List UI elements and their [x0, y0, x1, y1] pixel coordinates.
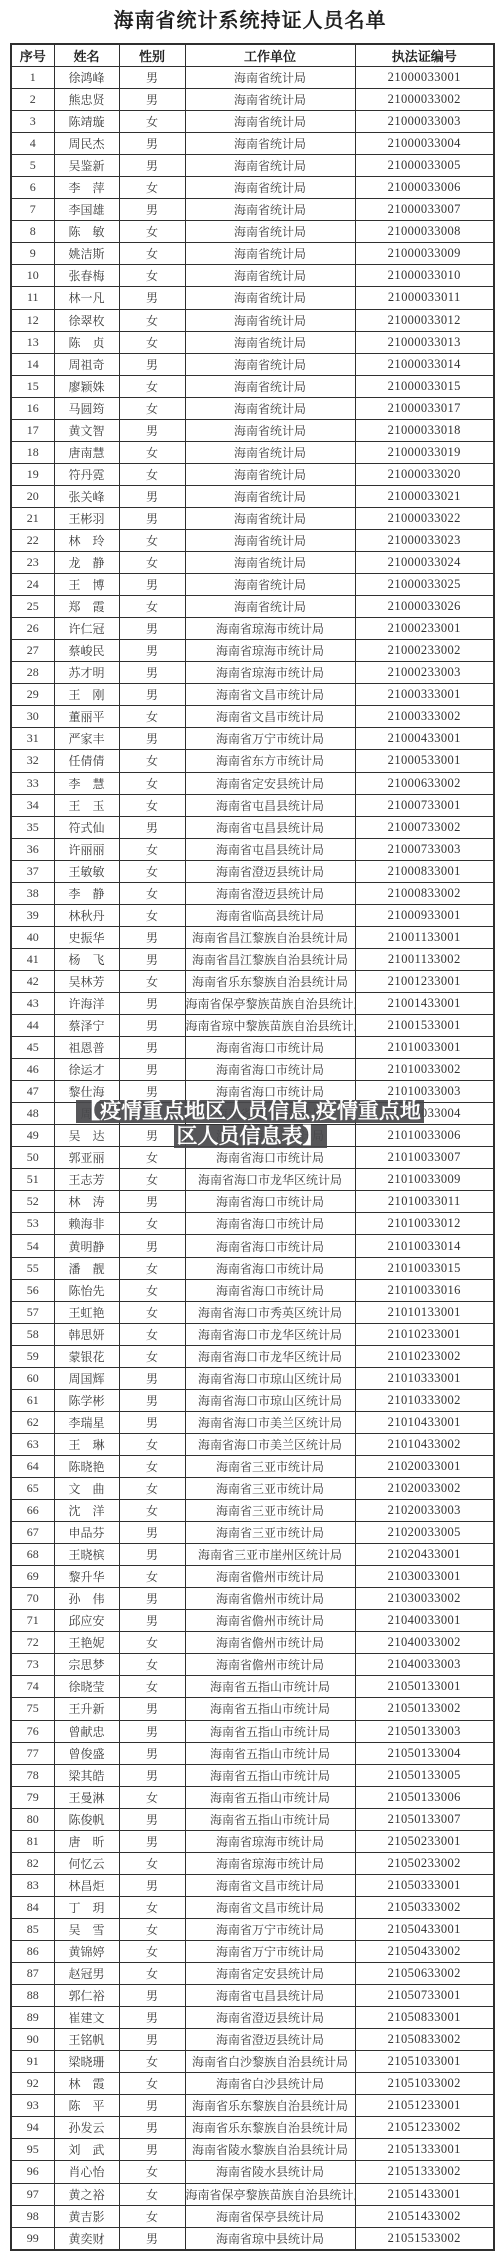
index-cell: 97: [11, 2183, 54, 2205]
name-cell: 符丹霓: [54, 463, 119, 485]
table-row: 6李 萍女海南省统计局21000033006: [11, 177, 494, 199]
gender-cell: 男: [119, 1522, 185, 1544]
index-cell: 49: [11, 1125, 54, 1147]
index-cell: 70: [11, 1588, 54, 1610]
table-row: 73宗思梦女海南省儋州市统计局21040033003: [11, 1654, 494, 1676]
index-cell: 38: [11, 882, 54, 904]
gender-cell: 女: [119, 1279, 185, 1301]
gender-cell: 女: [119, 375, 185, 397]
work-unit-cell: 海南省乐东黎族自治县统计局: [185, 970, 355, 992]
gender-cell: 男: [119, 1389, 185, 1411]
cert-no-cell: 21050133007: [355, 1808, 494, 1830]
work-unit-cell: 海南省海口市统计局: [185, 1103, 355, 1125]
name-cell: 任倩倩: [54, 750, 119, 772]
name-cell: 周国辉: [54, 1367, 119, 1389]
name-cell: 徐翠枚: [54, 309, 119, 331]
gender-cell: 男: [119, 353, 185, 375]
table-row: 51王志芳女海南省海口市龙华区统计局21010033009: [11, 1169, 494, 1191]
table-row: 87赵冠男女海南省定安县统计局21050633002: [11, 1963, 494, 1985]
work-unit-cell: 海南省统计局: [185, 133, 355, 155]
name-cell: 李瑞星: [54, 1411, 119, 1433]
name-cell: 周祖奇: [54, 353, 119, 375]
name-cell: 王晓槟: [54, 1544, 119, 1566]
table-row: 2熊忠贤男海南省统计局21000033002: [11, 89, 494, 111]
work-unit-cell: 海南省保亭黎族苗族自治县统计局: [185, 2183, 355, 2205]
work-unit-cell: 海南省海口市统计局: [185, 1125, 355, 1147]
table-row: 83林昌炬男海南省文昌市统计局21050333001: [11, 1874, 494, 1896]
table-row: 45祖恩普男海南省海口市统计局21010033001: [11, 1037, 494, 1059]
table-row: 17黄文智男海南省统计局21000033018: [11, 419, 494, 441]
gender-cell: 女: [119, 1169, 185, 1191]
work-unit-cell: 海南省统计局: [185, 199, 355, 221]
index-cell: 75: [11, 1698, 54, 1720]
work-unit-cell: 海南省琼中黎族苗族自治县统计局: [185, 1015, 355, 1037]
work-unit-cell: 海南省定安县统计局: [185, 1963, 355, 1985]
name-cell: 张关峰: [54, 485, 119, 507]
table-row: 61陈学彬男海南省海口市琼山区统计局21010333002: [11, 1389, 494, 1411]
name-cell: 林昌炬: [54, 1874, 119, 1896]
index-cell: 58: [11, 1323, 54, 1345]
index-cell: 59: [11, 1345, 54, 1367]
index-cell: 45: [11, 1037, 54, 1059]
table-row: 80陈俊帆男海南省五指山市统计局21050133007: [11, 1808, 494, 1830]
table-row: 4周民杰男海南省统计局21000033004: [11, 133, 494, 155]
name-cell: 许仁冠: [54, 618, 119, 640]
gender-cell: 男: [119, 948, 185, 970]
cert-no-cell: 21010033012: [355, 1213, 494, 1235]
cert-no-cell: 21051033002: [355, 2073, 494, 2095]
index-cell: 35: [11, 816, 54, 838]
name-cell: 吴 达: [54, 1125, 119, 1147]
index-cell: 25: [11, 596, 54, 618]
index-cell: 28: [11, 662, 54, 684]
table-row: 44蔡泽宁男海南省琼中黎族苗族自治县统计局21001533001: [11, 1015, 494, 1037]
table-row: 37王敏敏女海南省澄迈县统计局21000833001: [11, 860, 494, 882]
work-unit-cell: 海南省海口市统计局: [185, 1191, 355, 1213]
gender-cell: 男: [119, 1235, 185, 1257]
table-row: 84丁 玥女海南省文昌市统计局21050333002: [11, 1896, 494, 1918]
cert-no-cell: 21000033019: [355, 441, 494, 463]
index-cell: 64: [11, 1455, 54, 1477]
index-cell: 42: [11, 970, 54, 992]
cert-no-cell: 21050133002: [355, 1698, 494, 1720]
index-cell: 43: [11, 992, 54, 1014]
table-row: 57王虹艳女海南省海口市秀英区统计局21010133001: [11, 1301, 494, 1323]
cert-no-cell: 21000033002: [355, 89, 494, 111]
cert-no-cell: 21000633002: [355, 772, 494, 794]
table-row: 85吴 雪女海南省万宁市统计局21050433001: [11, 1918, 494, 1940]
name-cell: 王 刚: [54, 684, 119, 706]
work-unit-cell: 海南省琼海市统计局: [185, 618, 355, 640]
table-row: 32任倩倩女海南省东方市统计局21000533001: [11, 750, 494, 772]
index-cell: 55: [11, 1257, 54, 1279]
gender-cell: 男: [119, 728, 185, 750]
cert-no-cell: 21051433001: [355, 2183, 494, 2205]
cert-no-cell: 21000033024: [355, 552, 494, 574]
cert-no-cell: 21010033009: [355, 1169, 494, 1191]
gender-cell: 男: [119, 287, 185, 309]
cert-no-cell: 21050133006: [355, 1786, 494, 1808]
cert-no-cell: 21000033025: [355, 574, 494, 596]
table-row: 99黄奕财男海南省琼中县统计局21051533002: [11, 2227, 494, 2250]
index-cell: 89: [11, 2007, 54, 2029]
gender-cell: 男: [119, 2139, 185, 2161]
cert-no-cell: 21050833001: [355, 2007, 494, 2029]
gender-cell: 男: [119, 1015, 185, 1037]
index-cell: 87: [11, 1963, 54, 1985]
work-unit-cell: 海南省统计局: [185, 463, 355, 485]
name-cell: 陈靖璇: [54, 111, 119, 133]
name-cell: 许丽丽: [54, 838, 119, 860]
gender-cell: 女: [119, 904, 185, 926]
index-cell: 18: [11, 441, 54, 463]
cert-no-cell: 21040033003: [355, 1654, 494, 1676]
gender-cell: 女: [119, 221, 185, 243]
name-cell: 唐 昕: [54, 1830, 119, 1852]
cert-no-cell: 21050733001: [355, 1985, 494, 2007]
table-row: 33李 慧女海南省定安县统计局21000633002: [11, 772, 494, 794]
header-work-unit: 工作单位: [185, 44, 355, 67]
name-cell: 徐晓莹: [54, 1676, 119, 1698]
index-cell: 68: [11, 1544, 54, 1566]
table-row: 48周海南省海口市统计局21010033004: [11, 1103, 494, 1125]
work-unit-cell: 海南省统计局: [185, 552, 355, 574]
cert-no-cell: 21010033011: [355, 1191, 494, 1213]
name-cell: 黎仕海: [54, 1081, 119, 1103]
gender-cell: 女: [119, 882, 185, 904]
gender-cell: 女: [119, 111, 185, 133]
index-cell: 13: [11, 331, 54, 353]
table-row: 21王彬羽男海南省统计局21000033022: [11, 507, 494, 529]
work-unit-cell: 海南省陵水黎族自治县统计局: [185, 2139, 355, 2161]
gender-cell: 女: [119, 2183, 185, 2205]
name-cell: 曾俊盛: [54, 1742, 119, 1764]
name-cell: 李 萍: [54, 177, 119, 199]
cert-no-cell: 21050133003: [355, 1720, 494, 1742]
name-cell: 陈怡先: [54, 1279, 119, 1301]
name-cell: 王 博: [54, 574, 119, 596]
header-gender: 性别: [119, 44, 185, 67]
gender-cell: 女: [119, 1455, 185, 1477]
cert-no-cell: 21000733003: [355, 838, 494, 860]
name-cell: 丁 玥: [54, 1896, 119, 1918]
table-row: 98黄吉影女海南省保亭县统计局21051433002: [11, 2205, 494, 2227]
index-cell: 74: [11, 1676, 54, 1698]
name-cell: 孙 伟: [54, 1588, 119, 1610]
cert-no-cell: 21020033005: [355, 1522, 494, 1544]
work-unit-cell: 海南省统计局: [185, 375, 355, 397]
name-cell: 郭仁裕: [54, 1985, 119, 2007]
name-cell: 林秋丹: [54, 904, 119, 926]
gender-cell: 女: [119, 2073, 185, 2095]
table-row: 92林 霞女海南省白沙县统计局21051033002: [11, 2073, 494, 2095]
name-cell: 林 涛: [54, 1191, 119, 1213]
index-cell: 62: [11, 1411, 54, 1433]
name-cell: 许海洋: [54, 992, 119, 1014]
gender-cell: 女: [119, 970, 185, 992]
cert-no-cell: 21020033002: [355, 1478, 494, 1500]
name-cell: 王 琳: [54, 1433, 119, 1455]
cert-no-cell: 21000033010: [355, 265, 494, 287]
gender-cell: 男: [119, 574, 185, 596]
work-unit-cell: 海南省海口市琼山区统计局: [185, 1367, 355, 1389]
work-unit-cell: 海南省统计局: [185, 67, 355, 89]
index-cell: 66: [11, 1500, 54, 1522]
index-cell: 17: [11, 419, 54, 441]
table-row: 12徐翠枚女海南省统计局21000033012: [11, 309, 494, 331]
work-unit-cell: 海南省统计局: [185, 596, 355, 618]
work-unit-cell: 海南省海口市美兰区统计局: [185, 1433, 355, 1455]
work-unit-cell: 海南省统计局: [185, 309, 355, 331]
name-cell: 廖颖姝: [54, 375, 119, 397]
table-row: 18唐南慧女海南省统计局21000033019: [11, 441, 494, 463]
index-cell: 19: [11, 463, 54, 485]
index-cell: 72: [11, 1632, 54, 1654]
table-row: 11林一凡男海南省统计局21000033011: [11, 287, 494, 309]
work-unit-cell: 海南省统计局: [185, 507, 355, 529]
gender-cell: 男: [119, 1059, 185, 1081]
work-unit-cell: 海南省万宁市统计局: [185, 728, 355, 750]
table-row: 25郑 霞女海南省统计局21000033026: [11, 596, 494, 618]
table-row: 78梁其皓男海南省五指山市统计局21050133005: [11, 1764, 494, 1786]
gender-cell: [119, 1103, 185, 1125]
work-unit-cell: 海南省海口市统计局: [185, 1037, 355, 1059]
index-cell: 33: [11, 772, 54, 794]
name-cell: 崔建文: [54, 2007, 119, 2029]
work-unit-cell: 海南省乐东黎族自治县统计局: [185, 2117, 355, 2139]
name-cell: 李 慧: [54, 772, 119, 794]
index-cell: 67: [11, 1522, 54, 1544]
work-unit-cell: 海南省白沙县统计局: [185, 2073, 355, 2095]
gender-cell: 女: [119, 529, 185, 551]
gender-cell: 男: [119, 1808, 185, 1830]
index-cell: 21: [11, 507, 54, 529]
cert-no-cell: 21000033007: [355, 199, 494, 221]
index-cell: 77: [11, 1742, 54, 1764]
work-unit-cell: 海南省海口市统计局: [185, 1081, 355, 1103]
name-cell: 林 玲: [54, 529, 119, 551]
cert-no-cell: 21000033004: [355, 133, 494, 155]
cert-no-cell: 21000833001: [355, 860, 494, 882]
name-cell: 刘 武: [54, 2139, 119, 2161]
table-row: 15廖颖姝女海南省统计局21000033015: [11, 375, 494, 397]
gender-cell: 女: [119, 1676, 185, 1698]
index-cell: 80: [11, 1808, 54, 1830]
cert-no-cell: 21001533001: [355, 1015, 494, 1037]
work-unit-cell: 海南省儋州市统计局: [185, 1566, 355, 1588]
name-cell: 孙发云: [54, 2117, 119, 2139]
table-row: 5吴鉴新男海南省统计局21000033005: [11, 155, 494, 177]
name-cell: 王彬羽: [54, 507, 119, 529]
table-row: 68王晓槟男海南省三亚市崖州区统计局21020433001: [11, 1544, 494, 1566]
table-header: 序号 姓名 性别 工作单位 执法证编号: [11, 44, 494, 67]
work-unit-cell: 海南省昌江黎族自治县统计局: [185, 948, 355, 970]
work-unit-cell: 海南省琼中县统计局: [185, 2227, 355, 2250]
work-unit-cell: 海南省文昌市统计局: [185, 684, 355, 706]
name-cell: 黄文智: [54, 419, 119, 441]
cert-no-cell: 21000033003: [355, 111, 494, 133]
work-unit-cell: 海南省三亚市统计局: [185, 1522, 355, 1544]
gender-cell: 男: [119, 1411, 185, 1433]
table-row: 49吴 达男海南省海口市统计局21010033006: [11, 1125, 494, 1147]
name-cell: 陈俊帆: [54, 1808, 119, 1830]
table-row: 96肖心怡女海南省陵水县统计局21051333002: [11, 2161, 494, 2183]
name-cell: 郭亚丽: [54, 1147, 119, 1169]
work-unit-cell: 海南省统计局: [185, 529, 355, 551]
name-cell: 肖心怡: [54, 2161, 119, 2183]
index-cell: 98: [11, 2205, 54, 2227]
table-row: 29王 刚男海南省文昌市统计局21000333001: [11, 684, 494, 706]
table-row: 46徐运才男海南省海口市统计局21010033002: [11, 1059, 494, 1081]
gender-cell: 男: [119, 1081, 185, 1103]
cert-no-cell: 21000033001: [355, 67, 494, 89]
gender-cell: 男: [119, 1544, 185, 1566]
table-row: 31严家丰男海南省万宁市统计局21000433001: [11, 728, 494, 750]
cert-no-cell: 21000033015: [355, 375, 494, 397]
gender-cell: 女: [119, 1963, 185, 1985]
table-row: 74徐晓莹女海南省五指山市统计局21050133001: [11, 1676, 494, 1698]
cert-no-cell: 21000033023: [355, 529, 494, 551]
work-unit-cell: 海南省统计局: [185, 287, 355, 309]
work-unit-cell: 海南省白沙黎族自治县统计局: [185, 2051, 355, 2073]
index-cell: 86: [11, 1940, 54, 1962]
name-cell: 董丽平: [54, 706, 119, 728]
index-cell: 56: [11, 1279, 54, 1301]
index-cell: 47: [11, 1081, 54, 1103]
cert-no-cell: 21050333002: [355, 1896, 494, 1918]
cert-no-cell: 21040033001: [355, 1610, 494, 1632]
cert-no-cell: 21050433001: [355, 1918, 494, 1940]
cert-no-cell: 21000033014: [355, 353, 494, 375]
cert-no-cell: 21001133001: [355, 926, 494, 948]
header-cert-no: 执法证编号: [355, 44, 494, 67]
gender-cell: 男: [119, 1610, 185, 1632]
index-cell: 37: [11, 860, 54, 882]
name-cell: 王曼淋: [54, 1786, 119, 1808]
gender-cell: 男: [119, 992, 185, 1014]
index-cell: 71: [11, 1610, 54, 1632]
gender-cell: 男: [119, 155, 185, 177]
index-cell: 79: [11, 1786, 54, 1808]
index-cell: 36: [11, 838, 54, 860]
gender-cell: 女: [119, 2051, 185, 2073]
gender-cell: 男: [119, 1367, 185, 1389]
cert-no-cell: 21050233001: [355, 1830, 494, 1852]
gender-cell: 女: [119, 1500, 185, 1522]
name-cell: 蔡峻民: [54, 640, 119, 662]
work-unit-cell: 海南省屯昌县统计局: [185, 1985, 355, 2007]
gender-cell: 女: [119, 1940, 185, 1962]
gender-cell: 男: [119, 2227, 185, 2250]
index-cell: 20: [11, 485, 54, 507]
gender-cell: 男: [119, 662, 185, 684]
cert-no-cell: 21001233001: [355, 970, 494, 992]
work-unit-cell: 海南省乐东黎族自治县统计局: [185, 2095, 355, 2117]
header-row: 序号 姓名 性别 工作单位 执法证编号: [11, 44, 494, 67]
gender-cell: 女: [119, 441, 185, 463]
table-row: 14周祖奇男海南省统计局21000033014: [11, 353, 494, 375]
cert-no-cell: 21050833002: [355, 2029, 494, 2051]
work-unit-cell: 海南省统计局: [185, 243, 355, 265]
cert-no-cell: 21010033001: [355, 1037, 494, 1059]
table-row: 8陈 敏女海南省统计局21000033008: [11, 221, 494, 243]
name-cell: 张春梅: [54, 265, 119, 287]
index-cell: 88: [11, 1985, 54, 2007]
work-unit-cell: 海南省临高县统计局: [185, 904, 355, 926]
work-unit-cell: 海南省文昌市统计局: [185, 706, 355, 728]
gender-cell: 男: [119, 684, 185, 706]
cert-no-cell: 21050133001: [355, 1676, 494, 1698]
cert-no-cell: 21000033020: [355, 463, 494, 485]
work-unit-cell: 海南省统计局: [185, 441, 355, 463]
cert-no-cell: 21010033002: [355, 1059, 494, 1081]
index-cell: 26: [11, 618, 54, 640]
gender-cell: 男: [119, 199, 185, 221]
index-cell: 44: [11, 1015, 54, 1037]
table-row: 63王 琳女海南省海口市美兰区统计局21010433002: [11, 1433, 494, 1455]
work-unit-cell: 海南省统计局: [185, 397, 355, 419]
table-row: 39林秋丹女海南省临高县统计局21000933001: [11, 904, 494, 926]
document-page: { "page": { "title": "海南省统计系统持证人员名单" }, …: [0, 0, 500, 2253]
work-unit-cell: 海南省琼海市统计局: [185, 1830, 355, 1852]
name-cell: 周: [54, 1103, 119, 1125]
cert-no-cell: 21010033007: [355, 1147, 494, 1169]
cert-no-cell: 21010333001: [355, 1367, 494, 1389]
cert-no-cell: 21020433001: [355, 1544, 494, 1566]
index-cell: 94: [11, 2117, 54, 2139]
table-row: 56陈怡先女海南省海口市统计局21010033016: [11, 1279, 494, 1301]
name-cell: 马圆筠: [54, 397, 119, 419]
table-row: 60周国辉男海南省海口市琼山区统计局21010333001: [11, 1367, 494, 1389]
gender-cell: 男: [119, 640, 185, 662]
index-cell: 52: [11, 1191, 54, 1213]
table-row: 27蔡峻民男海南省琼海市统计局21000233002: [11, 640, 494, 662]
name-cell: 曾献忠: [54, 1720, 119, 1742]
cert-no-cell: 21000033017: [355, 397, 494, 419]
gender-cell: 男: [119, 2117, 185, 2139]
work-unit-cell: 海南省统计局: [185, 574, 355, 596]
name-cell: 沈 洋: [54, 1500, 119, 1522]
work-unit-cell: 海南省屯昌县统计局: [185, 816, 355, 838]
table-body: 1徐鸿峰男海南省统计局210000330012熊忠贤男海南省统计局2100003…: [11, 67, 494, 2250]
table-row: 42吴林芳女海南省乐东黎族自治县统计局21001233001: [11, 970, 494, 992]
work-unit-cell: 海南省海口市龙华区统计局: [185, 1323, 355, 1345]
index-cell: 65: [11, 1478, 54, 1500]
cert-no-cell: 21010033014: [355, 1235, 494, 1257]
cert-no-cell: 21050233002: [355, 1852, 494, 1874]
work-unit-cell: 海南省五指山市统计局: [185, 1676, 355, 1698]
cert-no-cell: 21000233002: [355, 640, 494, 662]
name-cell: 郑 霞: [54, 596, 119, 618]
name-cell: 林一凡: [54, 287, 119, 309]
gender-cell: 女: [119, 1654, 185, 1676]
name-cell: 宗思梦: [54, 1654, 119, 1676]
cert-no-cell: 21020033001: [355, 1455, 494, 1477]
table-row: 81唐 昕男海南省琼海市统计局21050233001: [11, 1830, 494, 1852]
gender-cell: 男: [119, 2095, 185, 2117]
cert-no-cell: 21051533002: [355, 2227, 494, 2250]
name-cell: 蒙银花: [54, 1345, 119, 1367]
work-unit-cell: 海南省统计局: [185, 177, 355, 199]
table-row: 36许丽丽女海南省屯昌县统计局21000733003: [11, 838, 494, 860]
work-unit-cell: 海南省海口市统计局: [185, 1213, 355, 1235]
index-cell: 30: [11, 706, 54, 728]
work-unit-cell: 海南省万宁市统计局: [185, 1940, 355, 1962]
work-unit-cell: 海南省儋州市统计局: [185, 1632, 355, 1654]
index-cell: 51: [11, 1169, 54, 1191]
table-row: 52林 涛男海南省海口市统计局21010033011: [11, 1191, 494, 1213]
gender-cell: 女: [119, 772, 185, 794]
